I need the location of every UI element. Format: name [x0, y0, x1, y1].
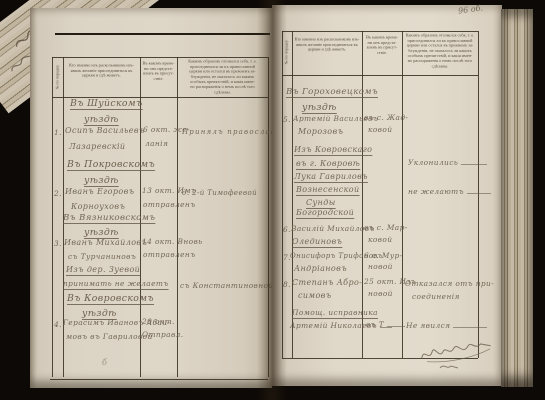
section-heading: Вознесенской [296, 185, 360, 194]
entry-name: Степанъ Абро- [292, 278, 362, 287]
entry-date: 14 окт. Вновь [142, 237, 203, 246]
stray-mark: б [102, 358, 107, 367]
section-heading: уѣздѣ [84, 114, 119, 125]
entry-result-text: не желаютъ [408, 187, 464, 196]
section-heading: уѣздѣ [84, 175, 119, 186]
printed-header-line: но распоряженія о немъ послѣ того [403, 59, 477, 64]
col-header-result: Какимъ образомъ отозвался себя, т. е. пр… [178, 59, 267, 112]
entry-number: 2. [54, 189, 62, 198]
printed-header-line: Кто именно изъ раскольниковъ изъ- [64, 63, 139, 68]
col-header-number: № по порядку. [56, 61, 60, 92]
entry-date: въ с. Мар- [364, 223, 408, 232]
entry-note: въ г. Ковровѣ [296, 159, 360, 168]
entry-name: Василій Михайловъ [291, 224, 375, 233]
entry-note: принимать не желаетъ [63, 279, 169, 288]
entry-name: Лазаревскій [69, 142, 125, 151]
scanned-register-photo: № по порядку. Кто именно изъ раскольнико… [0, 0, 545, 400]
entry-name: Морозовъ [298, 127, 343, 136]
entry-name: симовъ [298, 291, 331, 300]
entry-name: Осипъ Васильевъ [65, 126, 145, 135]
printed-header-line: сдѣланы. [178, 90, 267, 95]
flourish-line [453, 324, 487, 328]
fore-edge-pages [501, 9, 533, 387]
section-heading: уѣздѣ [84, 227, 119, 238]
entry-number: 1. [54, 128, 62, 137]
printed-header-line: церкви и гдѣ живетъ. [64, 73, 139, 78]
entry-note: Лука Гавриловъ [294, 172, 368, 181]
printed-header-line: Въ какомъ време- [141, 61, 176, 66]
printed-header-line: Въ какомъ време- [363, 35, 401, 40]
entry-date: 20 окт. [142, 317, 175, 326]
table-line [52, 57, 53, 377]
section-heading: Въ Ковровскомъ [67, 293, 154, 304]
printed-header-line: но распоряженія о немъ послѣ того [178, 85, 267, 90]
entry-number: 4. [54, 320, 62, 329]
entry-date-text: въ Т [366, 320, 384, 329]
col-header-person: Кто именно изъ раскольниковъ изъ- явилъ … [293, 37, 361, 60]
entry-result: не желаютъ [408, 187, 491, 196]
col-header-date: Въ какомъ време- ни онъ предста- вленъ в… [363, 35, 401, 65]
section-heading: Въ Шуйскомъ [70, 98, 143, 109]
printed-header-line: ствіе. [141, 76, 176, 81]
entry-date: въ с. Жад- [364, 113, 408, 122]
flourish-line [387, 323, 405, 327]
entry-name-text: Артемій Николаевъ [290, 321, 377, 330]
folio-number: 96 об. [457, 3, 483, 15]
entry-result: Не явился [406, 321, 487, 330]
entry-name: Иванъ Егоровъ [65, 187, 134, 196]
entry-note: Изъ дер. Зуевой [66, 265, 140, 274]
section-heading: Въ Гороховецкомъ [286, 87, 378, 97]
printed-header-line: сдѣланы. [403, 64, 477, 69]
flourish-line [461, 161, 487, 165]
printed-header-line: Кто именно изъ раскольниковъ изъ- [293, 37, 361, 42]
entry-result: д. 2-й Тимофеевой [182, 189, 257, 197]
entry-note: Изъ Ковровскаго [294, 145, 372, 154]
section-heading: уѣздѣ [302, 102, 337, 113]
entry-name: съ Турчаниновъ [68, 252, 136, 261]
entry-result: Отказался отъ при- [405, 279, 494, 288]
page-right: 96 об. № по порядку. Кто именно изъ раск… [272, 5, 502, 386]
entry-result-text: Не явился [406, 321, 450, 330]
entry-note: Помощ. исправника [292, 308, 378, 317]
entry-name: Андріановъ [294, 264, 347, 273]
flourish-line [467, 190, 491, 194]
entry-date: новой [368, 289, 393, 298]
section-heading: Богородской [296, 208, 354, 217]
entry-result: Уклонились [408, 158, 487, 167]
table-line [50, 379, 268, 380]
entry-name: Олединовъ [292, 237, 342, 246]
entry-date: отправленъ [143, 200, 196, 209]
entry-number: 3. [54, 239, 62, 248]
printed-header-line: церкви и гдѣ живетъ. [293, 47, 361, 52]
signature-initials [438, 362, 460, 371]
entry-name: Корноуховъ [71, 202, 125, 211]
section-heading: Въ Вязниковскомъ [63, 213, 155, 223]
entry-date: Отправл. [142, 330, 184, 339]
table-line [282, 31, 478, 32]
entry-result-text: Уклонились [408, 158, 458, 167]
book-gutter [257, 0, 287, 400]
printed-header-line: Какимъ образомъ отозвался себя, т. е. [178, 59, 267, 64]
entry-date: ковой [368, 235, 392, 244]
printed-header-line: ствіе. [363, 50, 401, 55]
entry-name: Иванъ Михайловъ [64, 238, 147, 247]
col-header-result: Какимъ образомъ отозвался себя, т. е. пр… [403, 33, 477, 86]
section-heading: Сунды [306, 198, 336, 207]
entry-date: ланія [145, 139, 168, 148]
entry-result: соединенія [412, 292, 460, 301]
entry-name: мовъ въ Гавриловой [66, 332, 153, 341]
entry-date: новой [368, 262, 393, 271]
section-heading: Въ Покровскомъ [67, 159, 155, 170]
col-header-person: Кто именно изъ раскольниковъ изъ- явилъ … [64, 63, 139, 86]
table-line [52, 57, 268, 58]
entry-date: ковой [368, 125, 392, 134]
col-header-date: Въ какомъ време- ни онъ предста- вленъ в… [141, 61, 176, 91]
page-left: № по порядку. Кто именно изъ раскольнико… [30, 8, 272, 388]
entry-date: 6 с. Мур- [364, 251, 403, 260]
entry-date: отправленъ [143, 250, 196, 259]
entry-date: въ Т [366, 320, 405, 329]
printed-header-line: Какимъ образомъ отозвался себя, т. е. [403, 33, 477, 38]
top-rule [55, 33, 270, 35]
